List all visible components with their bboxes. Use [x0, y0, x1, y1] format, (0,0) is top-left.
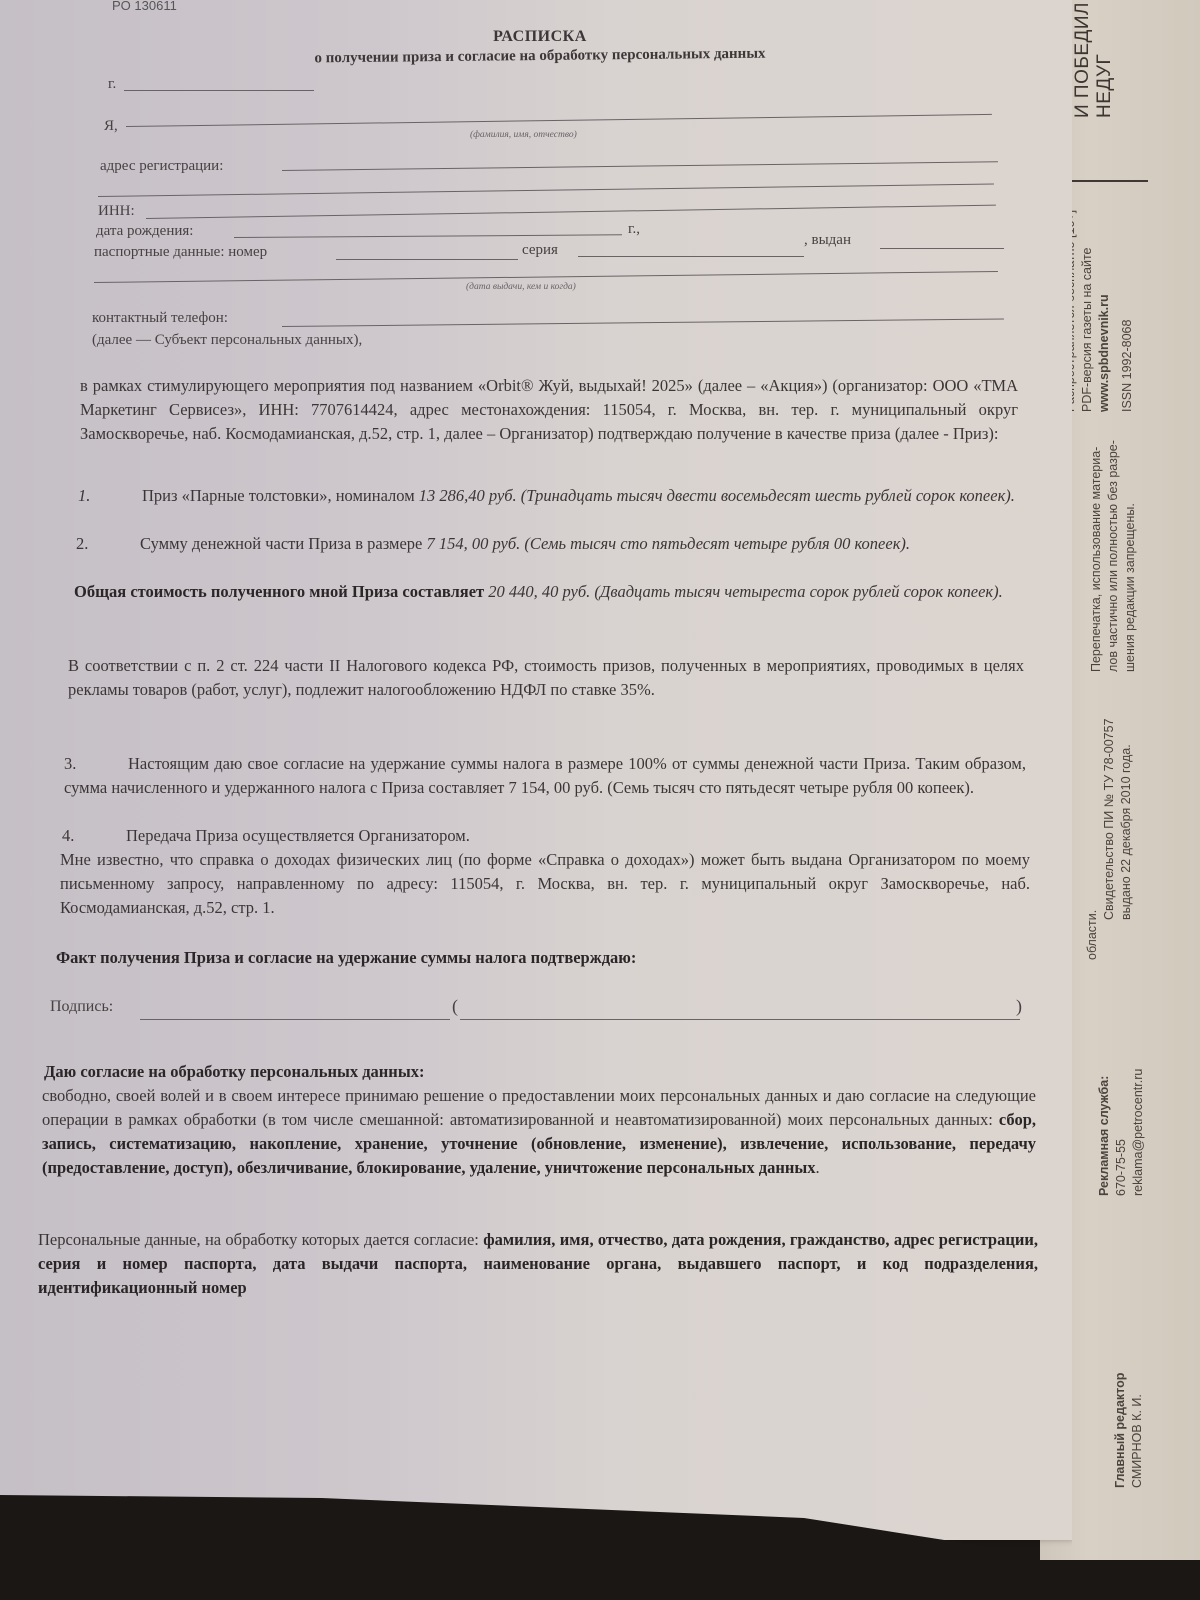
item-text: Приз «Парные толстовки», номиналом [142, 486, 419, 505]
ads-phone: 670-75-55 [1113, 1069, 1130, 1196]
distribution-line: PDF-версия газеты на сайте [1079, 210, 1096, 412]
certificate-line: Свидетельство ПИ № ТУ 78-00757 [1101, 718, 1118, 920]
birthdate-suffix: г., [628, 221, 640, 238]
name-label: Я, [104, 118, 118, 135]
reprint-line: шения редакции запрещены. [1122, 440, 1139, 672]
item-number: 3. [64, 752, 128, 776]
issn: ISSN 1992-8068 [1119, 210, 1136, 412]
name-field[interactable] [126, 114, 992, 127]
headline-line: И ПОБЕДИЛ [1072, 0, 1094, 118]
address-label: адрес регистрации: [100, 158, 223, 175]
confirmation-heading: Факт получения Приза и согласие на удерж… [56, 946, 1026, 970]
text-fragment: области. [1084, 718, 1101, 960]
signature-field[interactable] [140, 1019, 450, 1020]
passport-series-field[interactable] [578, 256, 804, 257]
consent-heading: Даю согласие на обработку персональных д… [44, 1060, 1034, 1084]
birthdate-label: дата рождения: [96, 223, 193, 240]
subject-note: (далее — Субъект персональных данных), [92, 332, 362, 349]
phone-field[interactable] [282, 318, 1004, 327]
editor-label: Главный редактор [1112, 1373, 1129, 1488]
reprint-line: Перепечатка, использование материа- [1088, 440, 1105, 672]
reprint-line: лов частично или полностью без разре- [1105, 440, 1122, 672]
total-label: Общая стоимость полученного мной Приза с… [74, 582, 488, 601]
address-field[interactable] [282, 161, 998, 171]
address-field-2[interactable] [98, 183, 994, 197]
ads-email: reklama@petrocentr.ru [1130, 1069, 1147, 1196]
inn-label: ИНН: [98, 203, 135, 220]
passport-series-label: серия [522, 242, 558, 259]
tax-consent-item: 3.Настоящим даю свое согласие на удержан… [64, 752, 1026, 800]
document-subtitle: о получении приза и согласие на обработк… [0, 42, 1080, 70]
item-amount: 13 286,40 руб. (Тринадцать тысяч двести … [419, 486, 1015, 505]
item-text: Настоящим даю свое согласие на удержание… [64, 754, 1026, 797]
phone-label: контактный телефон: [92, 310, 228, 327]
prize-total: Общая стоимость полученного мной Приза с… [74, 580, 1020, 604]
signature-name-field[interactable] [460, 1019, 1020, 1020]
certificate-line: выдано 22 декабря 2010 года. [1118, 718, 1135, 920]
transfer-item: 4.Передача Приза осуществляется Организа… [62, 824, 1026, 848]
newspaper-rule [1072, 180, 1148, 182]
document-code: PO 130611 [112, 0, 177, 13]
ads-service: Рекламная служба: 670-75-55 reklama@petr… [1096, 1069, 1147, 1196]
intro-paragraph: в рамках стимулирующего мероприятия под … [80, 374, 1018, 446]
ads-label: Рекламная служба: [1096, 1069, 1113, 1196]
total-amount: 20 440, 40 руб. (Двадцать тысяч четырест… [488, 582, 1003, 601]
distribution-info: Распространяется бесплатно [16+] PDF-вер… [1062, 210, 1136, 412]
editor-name: СМИРНОВ К. И. [1129, 1373, 1146, 1488]
certificate-info: области. Свидетельство ПИ № ТУ 78-00757 … [1084, 718, 1135, 920]
city-field[interactable] [124, 90, 314, 91]
consent-paragraph: свободно, своей волей и в своем интересе… [42, 1084, 1036, 1180]
income-certificate-paragraph: Мне известно, что справка о доходах физи… [60, 848, 1030, 920]
item-amount: 7 154, 00 руб. (Семь тысяч сто пятьдесят… [427, 534, 911, 553]
close-paren-icon: ) [1016, 996, 1022, 1017]
prize-item-1: 1.Приз «Парные толстовки», номиналом 13 … [78, 484, 1020, 508]
name-hint: (фамилия, имя, отчество) [470, 130, 577, 140]
inn-field[interactable] [146, 205, 996, 219]
reprint-notice: Перепечатка, использование материа- лов … [1088, 440, 1139, 672]
consent-text: свободно, своей волей и в своем интересе… [42, 1086, 1036, 1129]
headline-line: НЕДУГ [1094, 0, 1116, 118]
signature-label: Подпись: [50, 998, 113, 1016]
pd-text: Персональные данные, на обработку которы… [38, 1230, 483, 1249]
city-label: г. [108, 76, 116, 93]
editor-info: Главный редактор СМИРНОВ К. И. [1112, 1373, 1146, 1488]
personal-data-paragraph: Персональные данные, на обработку которы… [38, 1228, 1038, 1300]
issued-hint: (дата выдачи, кем и когда) [466, 282, 576, 292]
open-paren-icon: ( [452, 996, 458, 1017]
item-text: Передача Приза осуществляется Организато… [126, 826, 470, 845]
item-number: 1. [78, 484, 142, 508]
issued-field[interactable] [880, 248, 1004, 249]
website-link: www.spbdnevnik.ru [1096, 210, 1113, 412]
prize-item-2: 2.Сумму денежной части Приза в размере 7… [76, 532, 1020, 556]
item-number: 4. [62, 824, 126, 848]
passport-number-field[interactable] [336, 259, 518, 260]
item-text: Сумму денежной части Приза в размере [140, 534, 427, 553]
receipt-sheet: PO 130611 РАСПИСКА о получении приза и с… [0, 0, 1072, 1540]
tax-paragraph: В соответствии с п. 2 ст. 224 части II Н… [68, 654, 1024, 702]
consent-period: . [816, 1158, 820, 1177]
birthdate-field[interactable] [234, 234, 622, 238]
issued-label: , выдан [804, 232, 851, 249]
item-number: 2. [76, 532, 140, 556]
passport-number-label: паспортные данные: номер [94, 244, 267, 261]
